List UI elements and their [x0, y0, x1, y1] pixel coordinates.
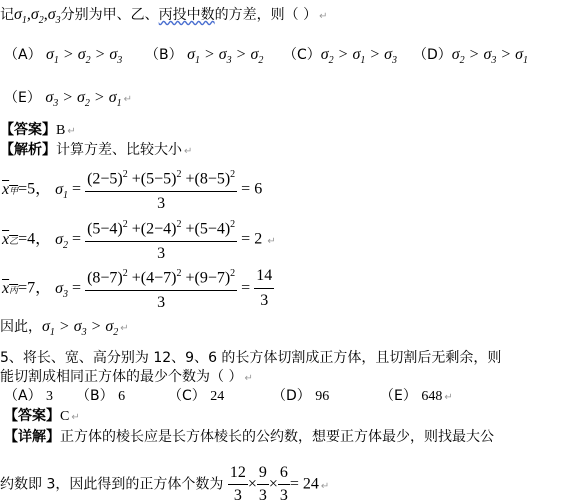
- paragraph-mark-icon: ↵: [444, 392, 452, 403]
- fraction: (5−4)2 +(2−4)2 +(5−4)23: [85, 213, 237, 266]
- option-label: （D）: [413, 47, 452, 63]
- option-label: （E）: [4, 90, 41, 106]
- answer-value: B: [56, 123, 65, 138]
- q4-option-b: （B） σ1 > σ3 > σ2: [145, 46, 263, 70]
- q4-answer: 【答案】B↵: [0, 121, 76, 141]
- q4-option-c: （C）σ2 > σ1 > σ3: [283, 46, 397, 70]
- q5-option-a: （A） 3: [4, 387, 53, 406]
- fraction: (2−5)2 +(5−5)2 +(8−5)23: [85, 163, 237, 216]
- detail-text: 正方体的棱长应是长方体棱长的公约数，想要正方体最少，则找最大公: [60, 429, 494, 445]
- option-label: （B）: [145, 47, 183, 63]
- q5-option-c: （C） 24: [168, 387, 224, 406]
- option-value: 24: [210, 389, 224, 404]
- result: = 24: [290, 476, 319, 493]
- q5-detail-line2: 约数即 3，因此得到的正方体个数为 123×93×63= 24↵: [0, 462, 329, 504]
- paragraph-mark-icon: ↵: [319, 11, 327, 22]
- option-label: （A）: [4, 388, 42, 404]
- stem-text: 分别为甲、乙、: [61, 7, 159, 23]
- q5-option-b: （B） 6: [76, 387, 125, 406]
- q5-answer: 【答案】C↵: [4, 407, 80, 427]
- conclusion-prefix: 因此，: [0, 319, 42, 335]
- stem-vars: σ1,σ2,σ3: [14, 6, 61, 23]
- q4-calc-1: x甲=5， σ1 = (2−5)2 +(5−5)2 +(8−5)23 = 6: [2, 163, 262, 216]
- q4-stem: 记σ1,σ2,σ3分别为甲、乙、丙投中数的方差，则（ ）↵: [0, 6, 328, 30]
- fraction: 123: [228, 462, 248, 504]
- paragraph-mark-icon: ↵: [120, 323, 128, 334]
- q5-stem-line1: 5、将长、宽、高分别为 12、9、6 的长方体切割成正方体，且切割后无剩余，则: [0, 349, 501, 367]
- option-label: （C）: [168, 388, 206, 404]
- q4-calc-2: x乙=4， σ2 = (5−4)2 +(2−4)2 +(5−4)23 = 2 ↵: [2, 213, 276, 266]
- paragraph-mark-icon: ↵: [264, 236, 276, 247]
- paragraph-mark-icon: ↵: [184, 146, 192, 157]
- document-page: 记σ1,σ2,σ3分别为甲、乙、丙投中数的方差，则（ ）↵ （A） σ1 > σ…: [0, 0, 564, 504]
- q5-option-e: （E） 648↵: [380, 387, 453, 407]
- q4-option-e: （E） σ3 > σ2 > σ1↵: [4, 89, 132, 113]
- q5-stem-line2: 能切割成相同正方体的最少个数为（ ）↵: [0, 368, 253, 388]
- paragraph-mark-icon: ↵: [124, 94, 132, 105]
- fraction: (8−7)2 +(4−7)2 +(9−7)23: [85, 262, 237, 315]
- detail-tag: 【详解】: [4, 429, 60, 445]
- option-value: 3: [46, 389, 53, 404]
- stem-end: 的方差，则（ ）: [215, 7, 317, 23]
- option-label: （E）: [380, 388, 417, 404]
- stem-text: 能切割成相同正方体的最少个数为（ ）: [0, 369, 242, 385]
- q5-option-d: （D） 96: [272, 387, 329, 406]
- option-value: 6: [118, 389, 125, 404]
- option-value: 648: [421, 389, 442, 404]
- q4-analysis: 【解析】计算方差、比较大小↵: [0, 141, 192, 161]
- paragraph-mark-icon: ↵: [71, 412, 79, 423]
- q4-calc-3: x丙=7， σ3 = (8−7)2 +(4−7)2 +(9−7)23 = 143: [2, 262, 274, 315]
- answer-tag: 【答案】: [0, 122, 56, 138]
- option-label: （B）: [76, 388, 114, 404]
- fraction: 143: [254, 264, 274, 313]
- fraction: 63: [278, 462, 290, 504]
- paragraph-mark-icon: ↵: [67, 126, 75, 137]
- q4-option-d: （D）σ2 > σ3 > σ1: [413, 46, 528, 70]
- answer-value: C: [60, 409, 69, 424]
- paragraph-mark-icon: ↵: [244, 373, 252, 384]
- option-label: （C）: [283, 47, 321, 63]
- q4-option-a: （A） σ1 > σ2 > σ3: [4, 46, 122, 70]
- paragraph-mark-icon: ↵: [321, 481, 329, 492]
- spellcheck-underlined-text: 丙投中数: [159, 7, 215, 23]
- option-label: （D）: [272, 388, 311, 404]
- analysis-text: 计算方差、比较大小: [56, 142, 182, 158]
- q4-conclusion: 因此，σ1 > σ3 > σ2↵: [0, 318, 129, 342]
- fraction: 93: [257, 462, 269, 504]
- option-label: （A）: [4, 47, 42, 63]
- q5-detail-line1: 【详解】正方体的棱长应是长方体棱长的公约数，想要正方体最少，则找最大公: [4, 428, 494, 446]
- option-value: 96: [315, 389, 329, 404]
- analysis-tag: 【解析】: [0, 142, 56, 158]
- detail-text: 约数即 3，因此得到的正方体个数为: [0, 477, 223, 493]
- stem-prefix: 记: [0, 7, 14, 23]
- answer-tag: 【答案】: [4, 408, 60, 424]
